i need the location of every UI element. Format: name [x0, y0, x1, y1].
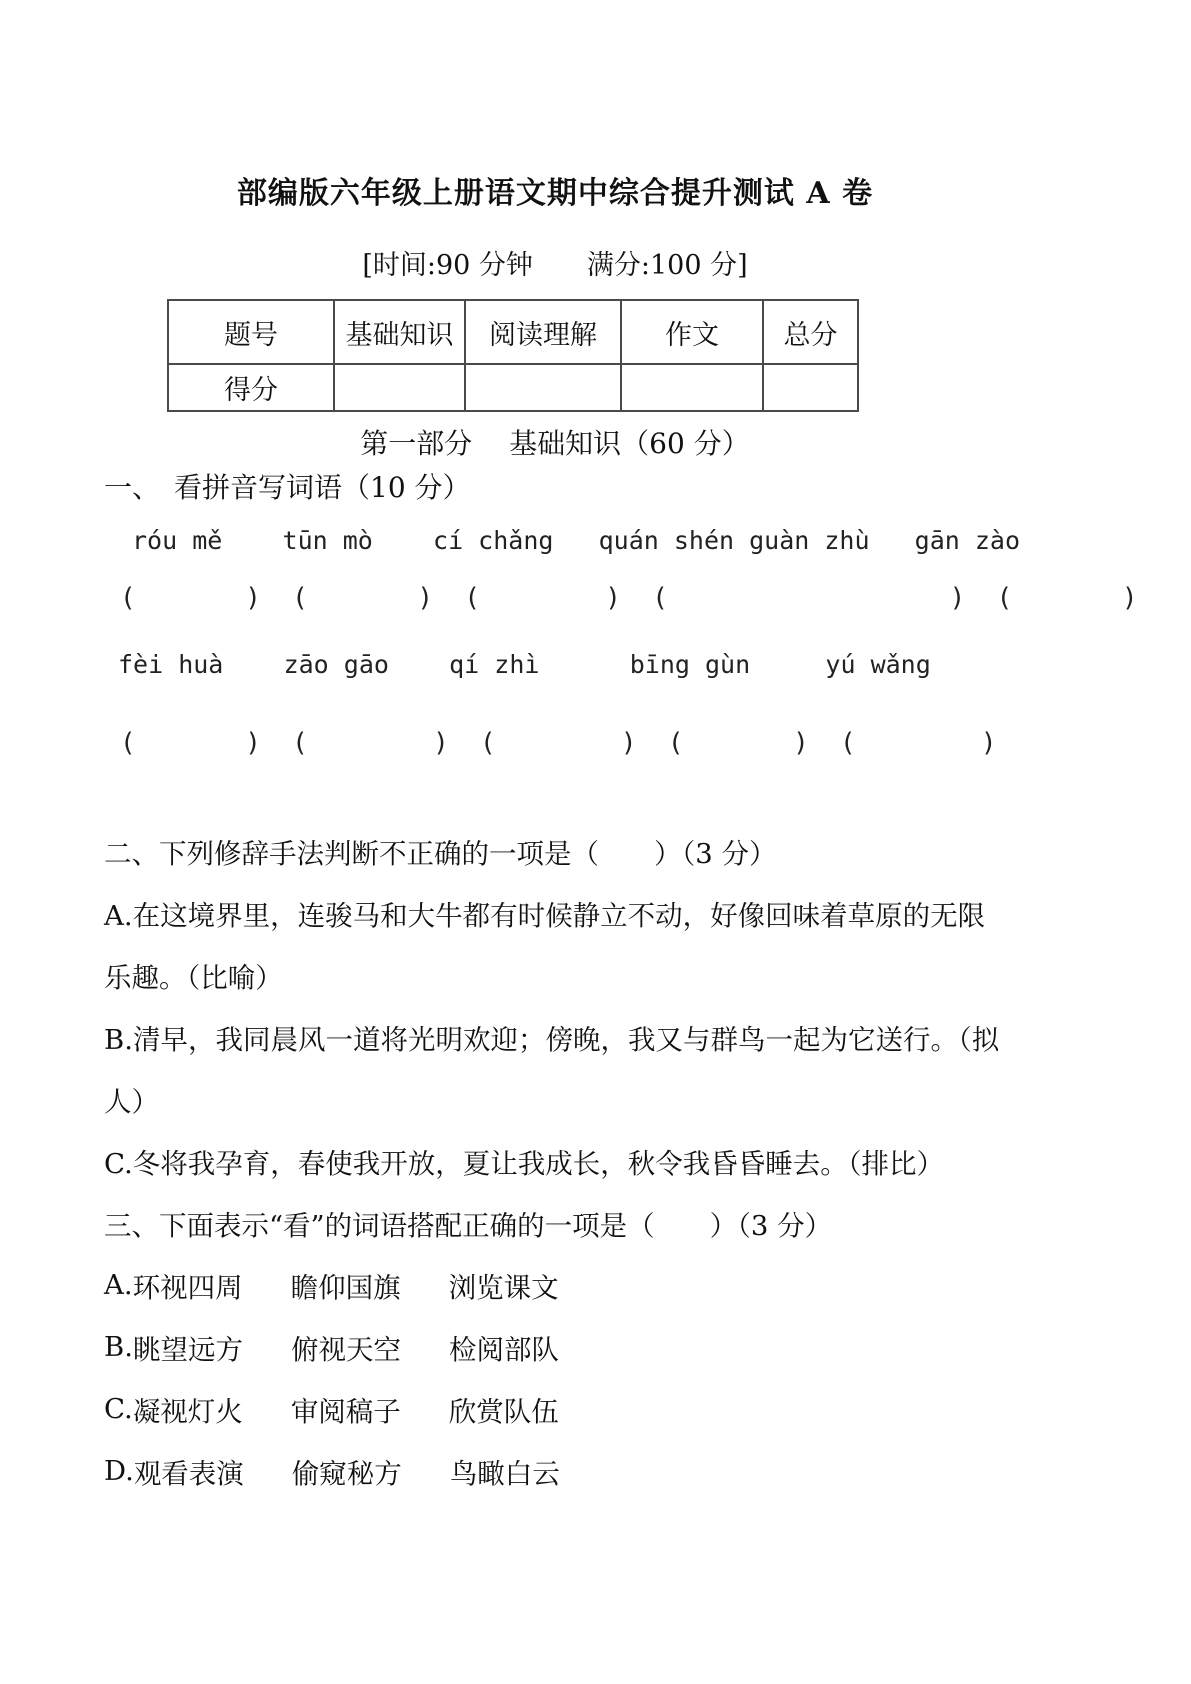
question3-option-b: B.眺望远方俯视天空检阅部队: [104, 1316, 1104, 1378]
question1-prompt: 一、 看拼音写词语（10 分）: [104, 466, 471, 506]
option-phrase: 俯视天空: [291, 1327, 401, 1367]
question2-option-a-line1: A.在这境界里，连骏马和大牛都有时候静立不动，好像回味着草原的无限: [104, 882, 1104, 944]
option-label: B.: [104, 1331, 133, 1363]
score-cell-empty: [465, 364, 621, 411]
page-title: 部编版六年级上册语文期中综合提升测试 A 卷: [0, 168, 1110, 212]
question2-prompt: 二、下列修辞手法判断不正确的一项是（ ）（3 分）: [104, 820, 1104, 882]
option-phrase: 检阅部队: [449, 1327, 559, 1367]
option-phrase: 环视四周: [133, 1265, 243, 1305]
question-body: 二、下列修辞手法判断不正确的一项是（ ）（3 分） A.在这境界里，连骏马和大牛…: [104, 820, 1104, 1502]
score-cell-empty: [621, 364, 763, 411]
score-table-header-cell: 题号: [168, 300, 334, 364]
option-phrase: 凝视灯火: [133, 1389, 243, 1429]
score-table-header-row: 题号 基础知识 阅读理解 作文 总分: [168, 300, 858, 364]
question2-option-b-line2: 人）: [104, 1068, 1104, 1130]
option-phrase: 眺望远方: [133, 1327, 243, 1367]
score-table-header-cell: 阅读理解: [465, 300, 621, 364]
option-phrase: 浏览课文: [449, 1265, 559, 1305]
option-phrase: 观看表演: [134, 1451, 244, 1491]
option-phrase: 欣赏队伍: [449, 1389, 559, 1429]
option-label: D.: [104, 1455, 134, 1487]
option-phrase: 偷窥秘方: [292, 1451, 402, 1491]
option-phrase: 审阅稿子: [291, 1389, 401, 1429]
score-table-header-cell: 作文: [621, 300, 763, 364]
answer-blanks-row-1: ( ) ( ) ( ) ( ) ( ): [120, 583, 1137, 613]
option-label: A.: [104, 1269, 133, 1301]
question2-option-a-line2: 乐趣。（比喻）: [104, 944, 1104, 1006]
score-table-score-row: 得分: [168, 364, 858, 411]
pinyin-row-1: róu mě tūn mò cí chǎng quán shén guàn zh…: [132, 526, 1020, 555]
question3-prompt: 三、下面表示“看”的词语搭配正确的一项是（ ）（3 分）: [104, 1192, 1104, 1254]
option-phrase: 瞻仰国旗: [291, 1265, 401, 1305]
answer-blanks-row-2: ( ) ( ) ( ) ( ) ( ): [120, 728, 997, 758]
score-cell-empty: [334, 364, 465, 411]
question3-option-a: A.环视四周瞻仰国旗浏览课文: [104, 1254, 1104, 1316]
option-label: C.: [104, 1393, 133, 1425]
exam-time-score-note: [时间:90 分钟 满分:100 分]: [0, 243, 1110, 282]
question2-option-c: C.冬将我孕育，春使我开放，夏让我成长，秋令我昏昏睡去。（排比）: [104, 1130, 1104, 1192]
option-phrase: 鸟瞰白云: [450, 1451, 560, 1491]
exam-paper-page: 部编版六年级上册语文期中综合提升测试 A 卷 [时间:90 分钟 满分:100 …: [0, 0, 1191, 1684]
score-row-label: 得分: [168, 364, 334, 411]
question3-option-d: D.观看表演偷窥秘方鸟瞰白云: [104, 1440, 1104, 1502]
pinyin-row-2: fèi huà zāo gāo qí zhì bīng gùn yú wǎng: [118, 650, 931, 679]
score-table-header-cell: 总分: [763, 300, 858, 364]
part1-heading: 第一部分 基础知识（60 分）: [0, 422, 1110, 462]
score-table: 题号 基础知识 阅读理解 作文 总分 得分: [167, 299, 859, 412]
score-table-header-cell: 基础知识: [334, 300, 465, 364]
score-cell-empty: [763, 364, 858, 411]
question2-option-b-line1: B.清早，我同晨风一道将光明欢迎；傍晚，我又与群鸟一起为它送行。（拟: [104, 1006, 1104, 1068]
question3-option-c: C.凝视灯火审阅稿子欣赏队伍: [104, 1378, 1104, 1440]
